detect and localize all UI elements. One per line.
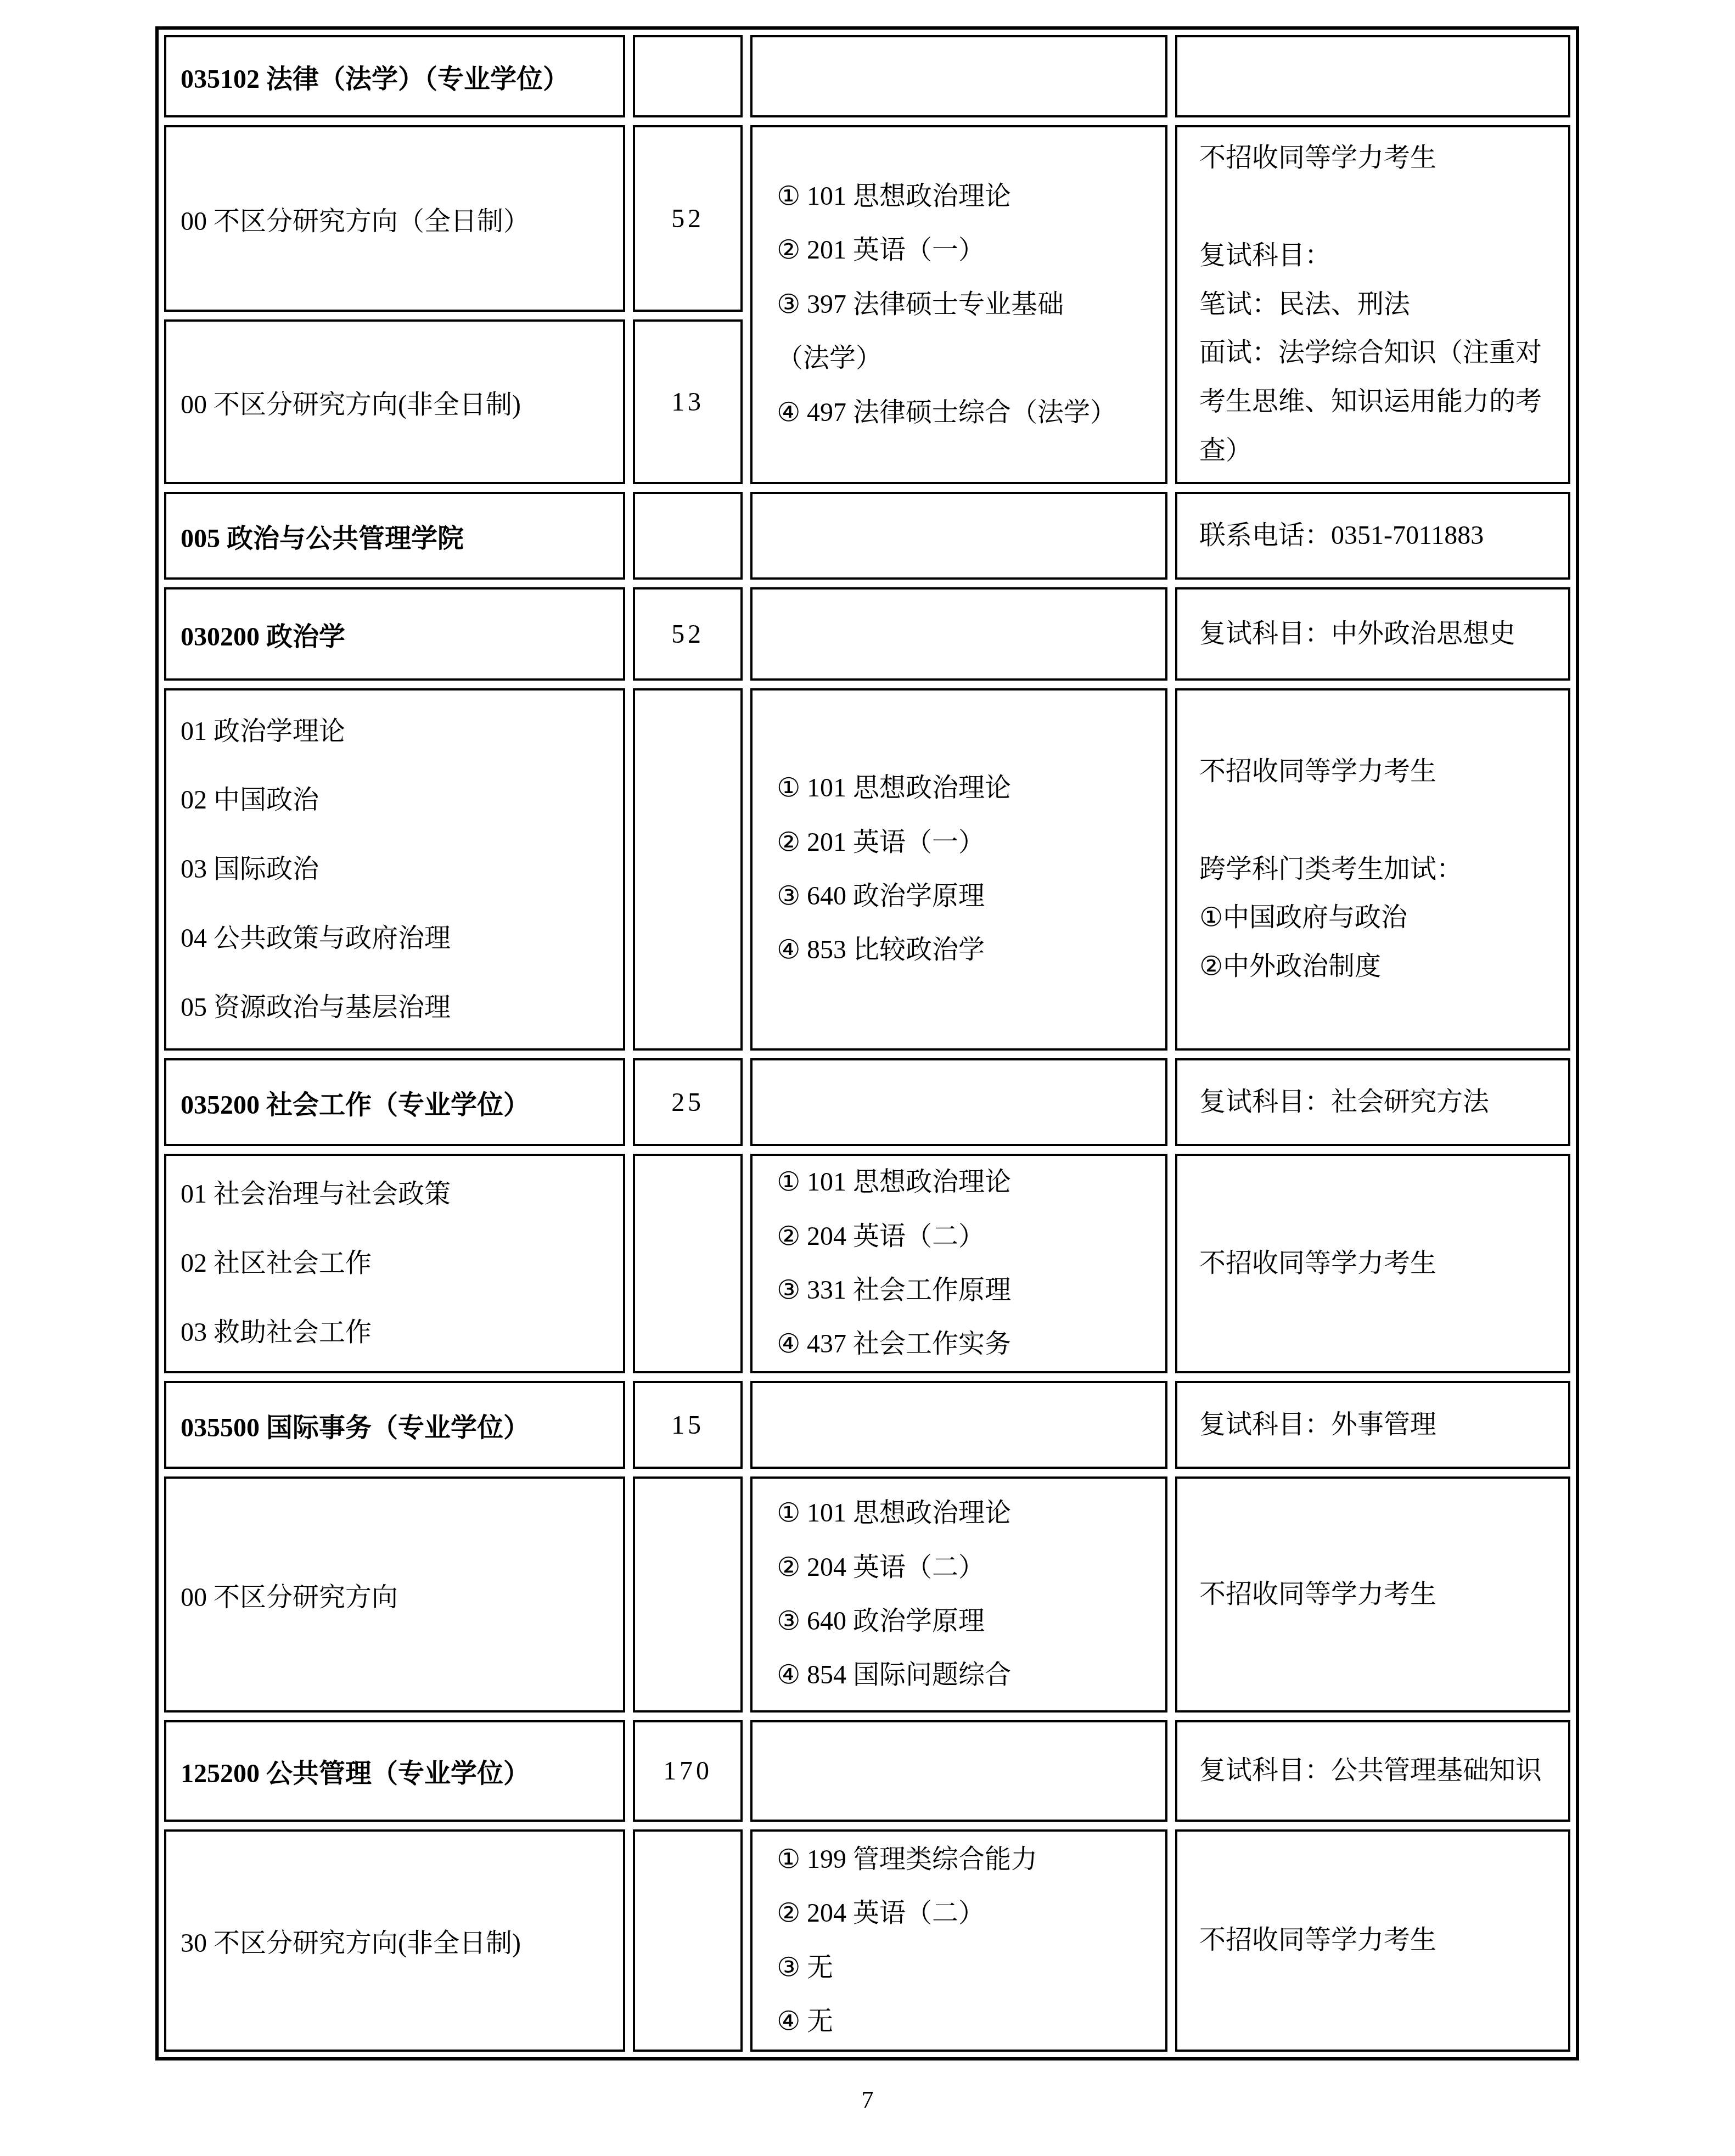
major-code-cell: 125200 公共管理（专业学位）	[164, 1720, 625, 1822]
quota-cell	[633, 688, 743, 1051]
quota-cell: 52	[633, 125, 743, 312]
research-direction-cell: 01 政治学理论 02 中国政治 03 国际政治 04 公共政策与政府治理 05…	[164, 688, 625, 1051]
quota-cell: 13	[633, 319, 743, 484]
remarks-cell: 不招收同等学力考生 复试科目： 笔试：民法、刑法 面试：法学综合知识（注重对考生…	[1175, 125, 1570, 484]
quota-cell	[633, 1154, 743, 1373]
major-code-cell: 035500 国际事务（专业学位）	[164, 1381, 625, 1469]
remarks-cell: 不招收同等学力考生 跨学科门类考生加试： ①中国政府与政治 ②中外政治制度	[1175, 688, 1570, 1051]
exam-subjects-cell	[750, 587, 1167, 681]
contact-phone-cell: 联系电话：0351-7011883	[1175, 492, 1570, 580]
research-direction-cell: 00 不区分研究方向	[164, 1476, 625, 1713]
exam-subjects-cell	[750, 1058, 1167, 1146]
remarks-cell: 复试科目：社会研究方法	[1175, 1058, 1570, 1146]
exam-subjects-cell: ① 199 管理类综合能力 ② 204 英语（二） ③ 无 ④ 无	[750, 1829, 1167, 2052]
quota-cell	[633, 492, 743, 580]
quota-cell	[633, 1476, 743, 1713]
remarks-cell: 不招收同等学力考生	[1175, 1476, 1570, 1713]
exam-subjects-cell	[750, 35, 1167, 117]
research-direction-cell: 01 社会治理与社会政策 02 社区社会工作 03 救助社会工作	[164, 1154, 625, 1373]
research-direction-cell: 00 不区分研究方向(非全日制)	[164, 319, 625, 484]
exam-subjects-cell	[750, 492, 1167, 580]
remarks-cell: 不招收同等学力考生	[1175, 1829, 1570, 2052]
exam-subjects-cell: ① 101 思想政治理论 ② 204 英语（二） ③ 640 政治学原理 ④ 8…	[750, 1476, 1167, 1713]
quota-cell: 25	[633, 1058, 743, 1146]
exam-subjects-cell: ① 101 思想政治理论 ② 204 英语（二） ③ 331 社会工作原理 ④ …	[750, 1154, 1167, 1373]
remarks-cell	[1175, 35, 1570, 117]
quota-cell: 15	[633, 1381, 743, 1469]
page-number: 7	[0, 2086, 1735, 2114]
remarks-cell: 复试科目：中外政治思想史	[1175, 587, 1570, 681]
school-name-cell: 005 政治与公共管理学院	[164, 492, 625, 580]
major-code-cell: 030200 政治学	[164, 587, 625, 681]
remarks-cell: 不招收同等学力考生	[1175, 1154, 1570, 1373]
catalog-page: 035102 法律（法学）（专业学位） 00 不区分研究方向（全日制） 52 ①…	[0, 0, 1735, 2156]
research-direction-cell: 00 不区分研究方向（全日制）	[164, 125, 625, 312]
research-direction-cell: 30 不区分研究方向(非全日制)	[164, 1829, 625, 2052]
exam-subjects-cell	[750, 1381, 1167, 1469]
quota-cell: 52	[633, 587, 743, 681]
quota-cell	[633, 1829, 743, 2052]
exam-subjects-cell	[750, 1720, 1167, 1822]
admissions-table: 035102 法律（法学）（专业学位） 00 不区分研究方向（全日制） 52 ①…	[155, 26, 1579, 2060]
quota-cell: 170	[633, 1720, 743, 1822]
remarks-cell: 复试科目：外事管理	[1175, 1381, 1570, 1469]
exam-subjects-cell: ① 101 思想政治理论 ② 201 英语（一） ③ 640 政治学原理 ④ 8…	[750, 688, 1167, 1051]
exam-subjects-cell: ① 101 思想政治理论 ② 201 英语（一） ③ 397 法律硕士专业基础 …	[750, 125, 1167, 484]
major-code-cell: 035200 社会工作（专业学位）	[164, 1058, 625, 1146]
major-code-cell: 035102 法律（法学）（专业学位）	[164, 35, 625, 117]
quota-cell	[633, 35, 743, 117]
remarks-cell: 复试科目：公共管理基础知识	[1175, 1720, 1570, 1822]
